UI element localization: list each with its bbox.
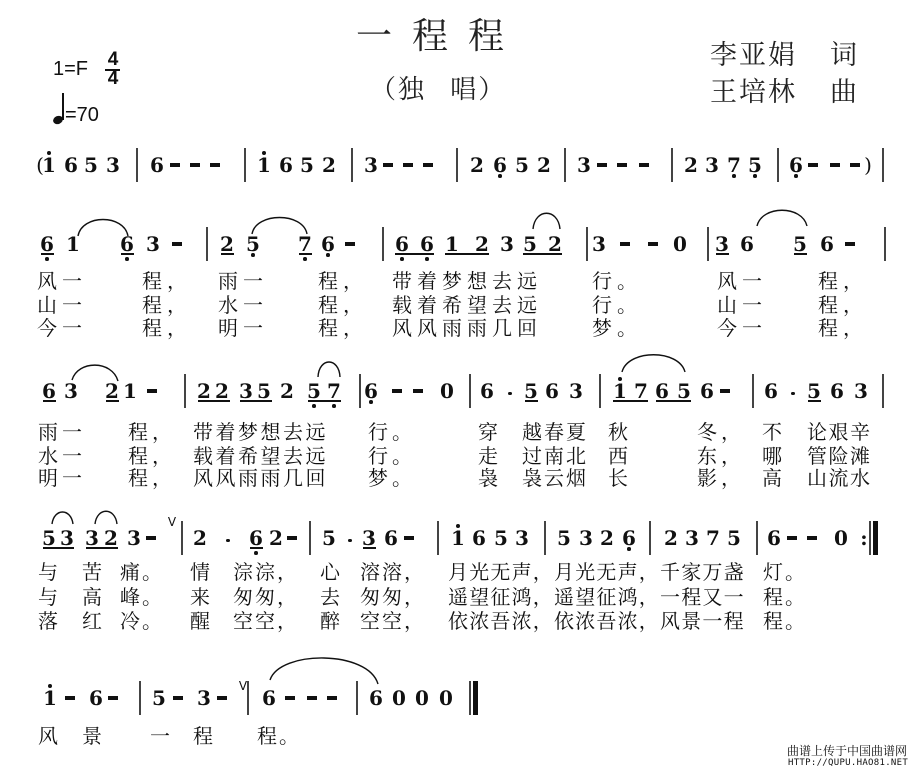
note: 3: [362, 153, 380, 177]
sustain-dash: -: [593, 153, 611, 177]
lyric: 行。: [368, 446, 416, 466]
note: 6: [738, 232, 756, 256]
lyric: 梦。: [368, 468, 416, 488]
sustain-dash: -: [644, 232, 662, 256]
score-row-4: 5 3 3 2 3 - V 2 . 6 2 - 5 . 3 6 - 1 6 5 …: [0, 526, 916, 556]
sustain-dash: -: [61, 686, 79, 710]
lyric: 水一: [218, 295, 268, 315]
lyric: 明一: [38, 468, 86, 488]
lyric: 冬，: [697, 422, 745, 442]
lyric: 程。: [257, 726, 301, 746]
lyric: 风一: [37, 271, 87, 291]
lyric: 程，: [318, 318, 368, 338]
lyric: 空空，: [233, 611, 299, 631]
note: 5: [244, 232, 262, 256]
note: 6: [765, 526, 783, 550]
lyric: 来: [190, 587, 212, 607]
bar-line: [181, 521, 183, 555]
sustain-dash: -: [783, 526, 801, 550]
sustain-dash: -: [616, 232, 634, 256]
lyric: 峰。: [120, 587, 164, 607]
eighth-underline: [525, 400, 538, 402]
note: 3: [144, 232, 162, 256]
final-barline-thick: [473, 681, 478, 715]
sustain-dash: -: [841, 232, 859, 256]
lyric: 程，: [142, 318, 192, 338]
note: 5: [492, 526, 510, 550]
note: 2: [662, 526, 680, 550]
lyric: 雨一: [38, 422, 86, 442]
note: 3: [567, 379, 585, 403]
note: 2: [468, 153, 486, 177]
lyric: 淙淙，: [233, 562, 299, 582]
note: 1: [255, 153, 273, 177]
lyric: 程，: [128, 446, 176, 466]
score-row-1: ( 1 6 5 3 6 - - - 1 6 5 2 3 - - - 2 6 5 …: [0, 153, 916, 183]
sustain-dash: -: [399, 153, 417, 177]
lyric: 高: [82, 587, 104, 607]
lyric: 管险滩: [807, 446, 872, 466]
lyric: 溶溶，: [360, 562, 426, 582]
note: 6: [382, 526, 400, 550]
eighth-underline: [106, 400, 119, 402]
note: 6: [543, 379, 561, 403]
eighth-underline: [523, 253, 562, 255]
rest: 0: [390, 686, 408, 710]
bar-line: [649, 521, 651, 555]
eighth-underline: [240, 400, 272, 402]
bar-line: [356, 681, 358, 715]
lyric: 高: [762, 468, 786, 488]
lyric: 程，: [318, 271, 368, 291]
lyric: 今一: [37, 318, 87, 338]
sustain-dash: -: [168, 232, 186, 256]
eighth-underline: [716, 253, 729, 255]
eighth-underline: [250, 547, 263, 549]
note: 6: [470, 526, 488, 550]
eighth-underline: [43, 400, 56, 402]
bar-line: [184, 374, 186, 408]
lyric: 明一: [218, 318, 268, 338]
sustain-dash: -: [826, 153, 844, 177]
lyric: 冷。: [120, 611, 164, 631]
rest: 0: [671, 232, 689, 256]
lyric: 袅: [478, 468, 502, 488]
note: 3: [683, 526, 701, 550]
sustain-dash: -: [323, 686, 341, 710]
rest: 0: [413, 686, 431, 710]
sustain-dash: -: [400, 526, 418, 550]
bar-line: [244, 148, 246, 182]
lyric: 过南北: [522, 446, 588, 466]
eighth-underline: [299, 253, 312, 255]
note: 5: [555, 526, 573, 550]
note: 5: [298, 153, 316, 177]
lyric: 风风雨雨几回: [392, 318, 542, 338]
sustain-dash: -: [409, 379, 427, 403]
watermark-text: 曲谱上传于中国曲谱网: [787, 745, 907, 757]
note: 6: [148, 153, 166, 177]
note: 5: [513, 153, 531, 177]
sustain-dash: -: [166, 153, 184, 177]
note: 6: [362, 379, 380, 403]
lyric: 走: [478, 446, 502, 466]
tie-slur: [270, 658, 378, 684]
sustain-dash: -: [388, 379, 406, 403]
bar-line: [382, 227, 384, 261]
note: 2: [191, 526, 209, 550]
tie-slur: [622, 355, 685, 372]
note: 5: [746, 153, 764, 177]
bar-line: [456, 148, 458, 182]
rest: 0: [438, 379, 456, 403]
lyric: 秋: [608, 422, 632, 442]
score-row-5: 1 - 6 - 5 - 3 - V 6 - - - 6 0 0 0: [0, 686, 916, 716]
lyric: 载着希望去远: [193, 446, 328, 466]
note: 1: [41, 686, 59, 710]
sustain-dash: -: [169, 686, 187, 710]
lyric: 雨一: [218, 271, 268, 291]
tie-slur: [757, 210, 807, 226]
lyric: 梦。: [592, 318, 642, 338]
note: 5: [82, 153, 100, 177]
lyric: 行。: [592, 271, 642, 291]
note: 6: [478, 379, 496, 403]
note: 6: [319, 232, 337, 256]
bar-line: [756, 521, 758, 555]
sustain-dash: -: [186, 153, 204, 177]
eighth-underline: [221, 253, 234, 255]
repeat-barline-thick: [873, 521, 878, 555]
lyric: 匆匆，: [360, 587, 426, 607]
note: 5: [725, 526, 743, 550]
note: 6: [62, 153, 80, 177]
lyric: 带着梦想去远: [193, 422, 328, 442]
lyric: 山流水: [807, 468, 872, 488]
lyric: 程，: [142, 271, 192, 291]
lyric: 袅云烟: [522, 468, 588, 488]
score-row-2: 6 1 6 3 - 2 5 7 6 - 6 6 1 2 3 5 2 3 - - …: [0, 232, 916, 262]
bar-line: [309, 521, 311, 555]
lyric: 苦: [82, 562, 104, 582]
tie-slur: [533, 213, 560, 229]
tie-slur: [95, 511, 117, 524]
eighth-underline: [363, 547, 376, 549]
note: 6: [698, 379, 716, 403]
bar-line: [599, 374, 601, 408]
rest: 0: [437, 686, 455, 710]
bar-line: [882, 374, 884, 408]
lyric: 山一: [37, 295, 87, 315]
tie-slur: [52, 512, 73, 524]
lyric: 红: [82, 611, 104, 631]
sustain-dash: -: [803, 526, 821, 550]
note: 3: [590, 232, 608, 256]
note: 6: [277, 153, 295, 177]
note: 1: [40, 153, 58, 177]
sustain-dash: -: [419, 153, 437, 177]
eighth-underline: [86, 547, 118, 549]
augmentation-dot: .: [219, 526, 237, 550]
lyric: 程。: [763, 611, 807, 631]
note: 3: [703, 153, 721, 177]
note: 3: [125, 526, 143, 550]
lyric: 一: [150, 726, 172, 746]
lyric: 程: [193, 726, 215, 746]
eighth-underline: [41, 253, 54, 255]
eighth-underline: [613, 400, 648, 402]
bar-line: [586, 227, 588, 261]
eighth-underline: [395, 253, 434, 255]
sustain-dash: -: [143, 379, 161, 403]
lyric: 东，: [697, 446, 745, 466]
eighth-underline: [808, 400, 821, 402]
eighth-underline: [121, 253, 134, 255]
sustain-dash: -: [341, 232, 359, 256]
bar-line: [247, 681, 249, 715]
bar-line: [752, 374, 754, 408]
note: 3: [62, 379, 80, 403]
lyric: 程，: [818, 295, 868, 315]
note: 6: [260, 686, 278, 710]
lyric: 哪: [762, 446, 786, 466]
intro-close-paren: ): [859, 153, 877, 177]
lyric: 景: [82, 726, 104, 746]
bar-line: [351, 148, 353, 182]
lyric: 程，: [818, 271, 868, 291]
note: 3: [498, 232, 516, 256]
lyric: 穿: [478, 422, 502, 442]
note: 1: [121, 379, 139, 403]
rest: 0: [832, 526, 850, 550]
bar-line: [564, 148, 566, 182]
lyric: 灯。: [763, 562, 807, 582]
bar-line: [884, 227, 886, 261]
bar-line: [206, 227, 208, 261]
sustain-dash: -: [804, 153, 822, 177]
note: 3: [575, 153, 593, 177]
lyric: 醉: [320, 611, 342, 631]
sustain-dash: -: [379, 153, 397, 177]
repeat-barline-thin: [869, 521, 871, 555]
sustain-dash: -: [283, 526, 301, 550]
note: 2: [535, 153, 553, 177]
note: 3: [852, 379, 870, 403]
eighth-underline: [308, 400, 341, 402]
note: 6: [87, 686, 105, 710]
lyric: 去: [320, 587, 342, 607]
watermark-url: HTTP://QUPU.HAO81.NET: [788, 759, 908, 768]
lyric: 程，: [142, 295, 192, 315]
lyric: 匆匆，: [233, 587, 299, 607]
lyric: 风: [38, 726, 60, 746]
note: 7: [704, 526, 722, 550]
note: 3: [104, 153, 122, 177]
note: 6: [367, 686, 385, 710]
lyric: 今一: [717, 318, 767, 338]
lyric: 与: [38, 562, 60, 582]
lyric: 心: [320, 562, 342, 582]
lyric: 程。: [763, 587, 807, 607]
eighth-underline: [794, 253, 807, 255]
sustain-dash: -: [281, 686, 299, 710]
final-barline-thin: [469, 681, 471, 715]
note: 6: [818, 232, 836, 256]
sustain-dash: -: [613, 153, 631, 177]
eighth-underline: [198, 400, 230, 402]
tie-slur: [318, 362, 340, 377]
bar-line: [671, 148, 673, 182]
sustain-dash: -: [716, 379, 734, 403]
note: 1: [64, 232, 82, 256]
sustain-dash: -: [303, 686, 321, 710]
bar-line: [437, 521, 439, 555]
note: 2: [278, 379, 296, 403]
lyric: 程，: [128, 468, 176, 488]
note: 6: [491, 153, 509, 177]
lyric: 长: [608, 468, 632, 488]
bar-line: [544, 521, 546, 555]
lyric: 情: [190, 562, 212, 582]
lyric: 西: [608, 446, 632, 466]
eighth-underline: [43, 547, 74, 549]
bar-line: [707, 227, 709, 261]
note: 7: [725, 153, 743, 177]
bar-line: [139, 681, 141, 715]
note: 2: [320, 153, 338, 177]
note: 5: [150, 686, 168, 710]
note: 2: [682, 153, 700, 177]
note: 6: [787, 153, 805, 177]
lyric: 论艰辛: [807, 422, 872, 442]
lyric: 山一: [717, 295, 767, 315]
sustain-dash: -: [142, 526, 160, 550]
sustain-dash: -: [213, 686, 231, 710]
note: 6: [828, 379, 846, 403]
lyric: 越春夏: [522, 422, 588, 442]
note: 5: [320, 526, 338, 550]
note: 2: [598, 526, 616, 550]
lyric: 依浓吾浓，依浓吾浓，风景一程: [448, 611, 745, 631]
augmentation-dot: .: [341, 526, 359, 550]
lyric: 风风雨雨几回: [193, 468, 328, 488]
eighth-underline: [656, 400, 691, 402]
lyric: 行。: [592, 295, 642, 315]
lyric: 程，: [128, 422, 176, 442]
lyric: 风一: [717, 271, 767, 291]
lyric: 痛。: [120, 562, 164, 582]
bar-line: [777, 148, 779, 182]
note: 3: [195, 686, 213, 710]
lyric: 空空，: [360, 611, 426, 631]
lyric: 影，: [697, 468, 745, 488]
augmentation-dot: .: [501, 379, 519, 403]
bar-line: [469, 374, 471, 408]
lyric: 载着希望去远: [392, 295, 542, 315]
lyric: 醒: [190, 611, 212, 631]
lyric: 与: [38, 587, 60, 607]
note: 1: [449, 526, 467, 550]
score-page: 一程程 （独 唱） 李亚娟 词 王培林 曲 1=F 4 4 =70 ( 1 6 …: [0, 0, 916, 772]
sustain-dash: -: [635, 153, 653, 177]
note: 6: [620, 526, 638, 550]
lyric: 遥望征鸿，遥望征鸿，一程又一: [448, 587, 745, 607]
score-row-3: 6 3 2 1 - 2 2 3 5 2 5 7 6 - - 0 6 . 5 6 …: [0, 379, 916, 409]
lyric: 程，: [318, 295, 368, 315]
note: 3: [513, 526, 531, 550]
note: 3: [577, 526, 595, 550]
lyric: 水一: [38, 446, 86, 466]
sustain-dash: -: [104, 686, 122, 710]
bar-line: [136, 148, 138, 182]
sustain-dash: -: [206, 153, 224, 177]
lyric: 落: [38, 611, 60, 631]
bar-line: [359, 374, 361, 408]
lyric: 带着梦想去远: [392, 271, 542, 291]
breath-mark: V: [166, 516, 178, 528]
lyric: 不: [762, 422, 786, 442]
lyric: 月光无声，月光无声，千家万盏: [448, 562, 745, 582]
augmentation-dot: .: [784, 379, 802, 403]
eighth-underline: [445, 253, 489, 255]
bar-line: [882, 148, 884, 182]
lyric: 行。: [368, 422, 416, 442]
lyric: 程，: [818, 318, 868, 338]
note: 6: [762, 379, 780, 403]
